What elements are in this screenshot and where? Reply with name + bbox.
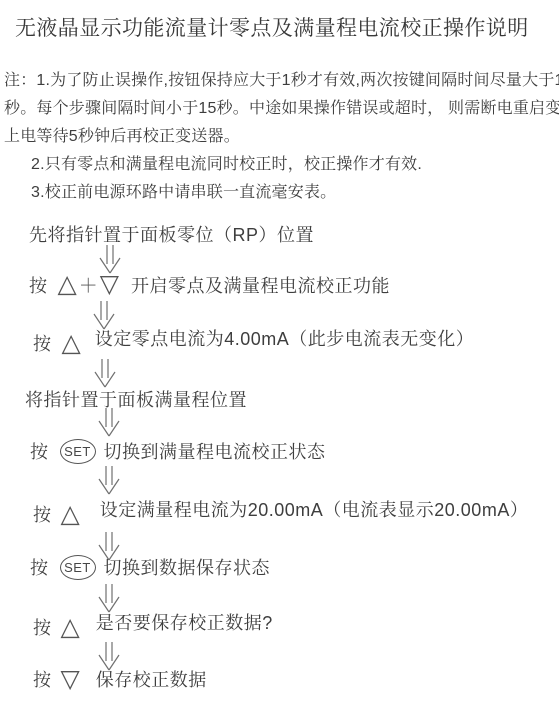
- up-button-symbol: △: [61, 502, 80, 527]
- set-button-symbol: SET: [60, 555, 96, 580]
- press-label: 按: [30, 438, 49, 464]
- note-line: 秒。每个步骤间隔时间小于15秒。中途如果操作错误或超时， 则需断电重启变送器，: [4, 95, 559, 118]
- up-button-symbol: △: [62, 331, 81, 356]
- document-page: 无液晶显示功能流量计零点及满量程电流校正操作说明 注：1.为了防止误操作,按钮保…: [0, 0, 559, 709]
- down-button-symbol: ▽: [100, 272, 119, 297]
- flow-arrow-icon: [92, 359, 118, 388]
- plus-icon: ＋: [79, 271, 98, 298]
- step-text: 开启零点及满量程电流校正功能: [131, 272, 390, 298]
- note-line: 注：1.为了防止误操作,按钮保持应大于1秒才有效,两次按键间隔时间尽量大于1～2: [4, 67, 559, 90]
- press-label: 按: [33, 666, 52, 692]
- press-label: 按: [29, 272, 48, 298]
- step-text: 是否要保存校正数据?: [96, 609, 273, 635]
- note-line: 3.校正前电源环路中请串联一直流毫安表。: [31, 179, 336, 202]
- flow-step-8: 按 △ 是否要保存校正数据?: [33, 614, 273, 640]
- flow-step-7: 按 SET 切换到数据保存状态: [30, 554, 270, 580]
- up-button-symbol: △: [58, 272, 77, 297]
- note-line: 上电等待5秒钟后再校正变送器。: [4, 123, 240, 146]
- press-label: 按: [33, 501, 52, 527]
- press-label: 按: [30, 554, 49, 580]
- note-line: 2.只有零点和满量程电流同时校正时，校正操作才有效.: [31, 151, 422, 174]
- press-label: 按: [33, 330, 52, 356]
- down-button-symbol: ▽: [61, 667, 80, 692]
- flow-step-2: 按 △ ＋ ▽ 开启零点及满量程电流校正功能: [29, 271, 390, 298]
- step-text: 设定零点电流为4.00mA（此步电流表无变化）: [95, 325, 475, 351]
- flow-step-4: 将指针置于面板满量程位置: [25, 386, 247, 412]
- up-button-symbol: △: [61, 615, 80, 640]
- flow-step-9: 按 ▽ 保存校正数据: [33, 666, 207, 692]
- step-text: 先将指针置于面板零位（RP）位置: [29, 221, 314, 247]
- flow-step-3: 按 △ 设定零点电流为4.00mA（此步电流表无变化）: [33, 330, 474, 356]
- flow-arrow-icon: [96, 408, 122, 437]
- flow-arrow-icon: [96, 466, 122, 495]
- page-title: 无液晶显示功能流量计零点及满量程电流校正操作说明: [15, 12, 529, 42]
- set-button-symbol: SET: [60, 439, 96, 464]
- step-text: 保存校正数据: [96, 666, 207, 692]
- press-label: 按: [33, 614, 52, 640]
- flow-step-5: 按 SET 切换到满量程电流校正状态: [30, 438, 326, 464]
- step-text: 设定满量程电流为20.00mA（电流表显示20.00mA）: [100, 496, 529, 522]
- step-text: 切换到满量程电流校正状态: [104, 438, 326, 464]
- flow-step-6: 按 △ 设定满量程电流为20.00mA（电流表显示20.00mA）: [33, 501, 528, 527]
- step-text: 切换到数据保存状态: [104, 554, 271, 580]
- flow-step-1: 先将指针置于面板零位（RP）位置: [29, 221, 314, 247]
- step-text: 将指针置于面板满量程位置: [25, 386, 247, 412]
